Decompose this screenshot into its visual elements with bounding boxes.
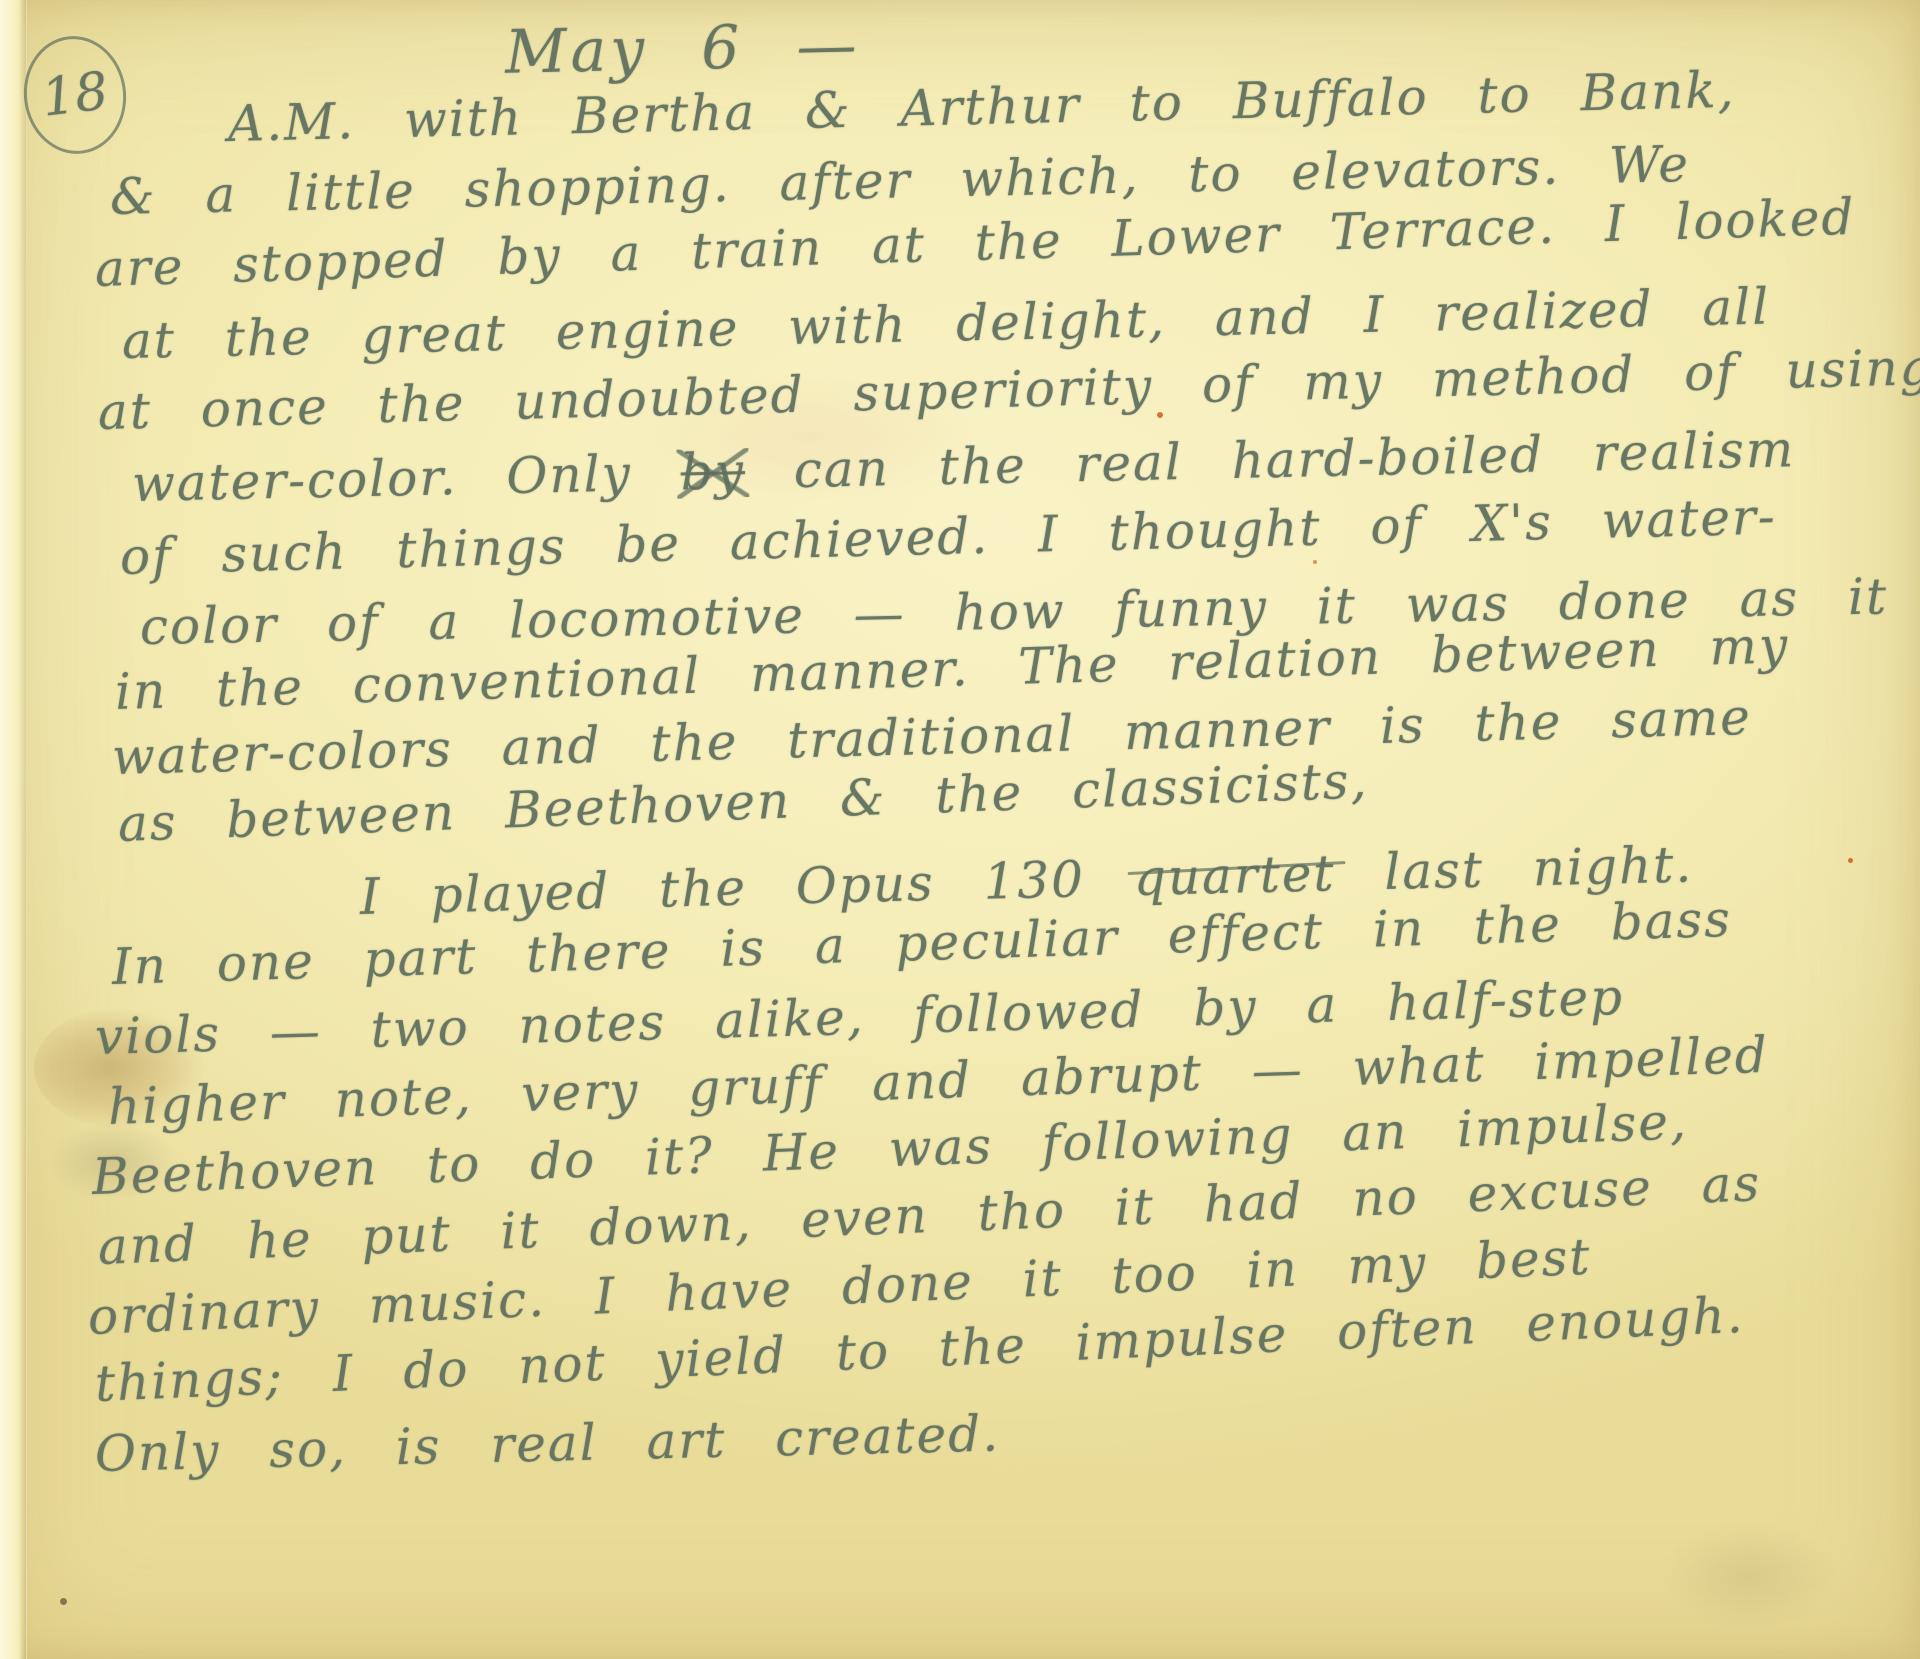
entry-line-segment: can the real hard-boiled realism	[744, 420, 1796, 500]
page-number-value: 18	[38, 61, 111, 129]
paper-fleck	[1313, 560, 1317, 564]
paper-shadow-spot	[1660, 1520, 1840, 1630]
crossed-out-word: by	[680, 442, 745, 501]
entry-date-heading: May 6 —	[504, 10, 861, 87]
diary-page: 18 May 6 — A.M. with Bertha & Arthur to …	[0, 0, 1920, 1659]
paper-fleck	[60, 1598, 67, 1605]
overstruck-word: quartet	[1133, 844, 1336, 907]
entry-line-segment: water-color. Only	[131, 444, 681, 513]
scanned-page-edge	[0, 0, 27, 1659]
page-number: 18	[17, 30, 133, 160]
entry-line: Only so, is real art created.	[94, 1404, 1000, 1483]
paper-fleck	[1848, 858, 1853, 863]
